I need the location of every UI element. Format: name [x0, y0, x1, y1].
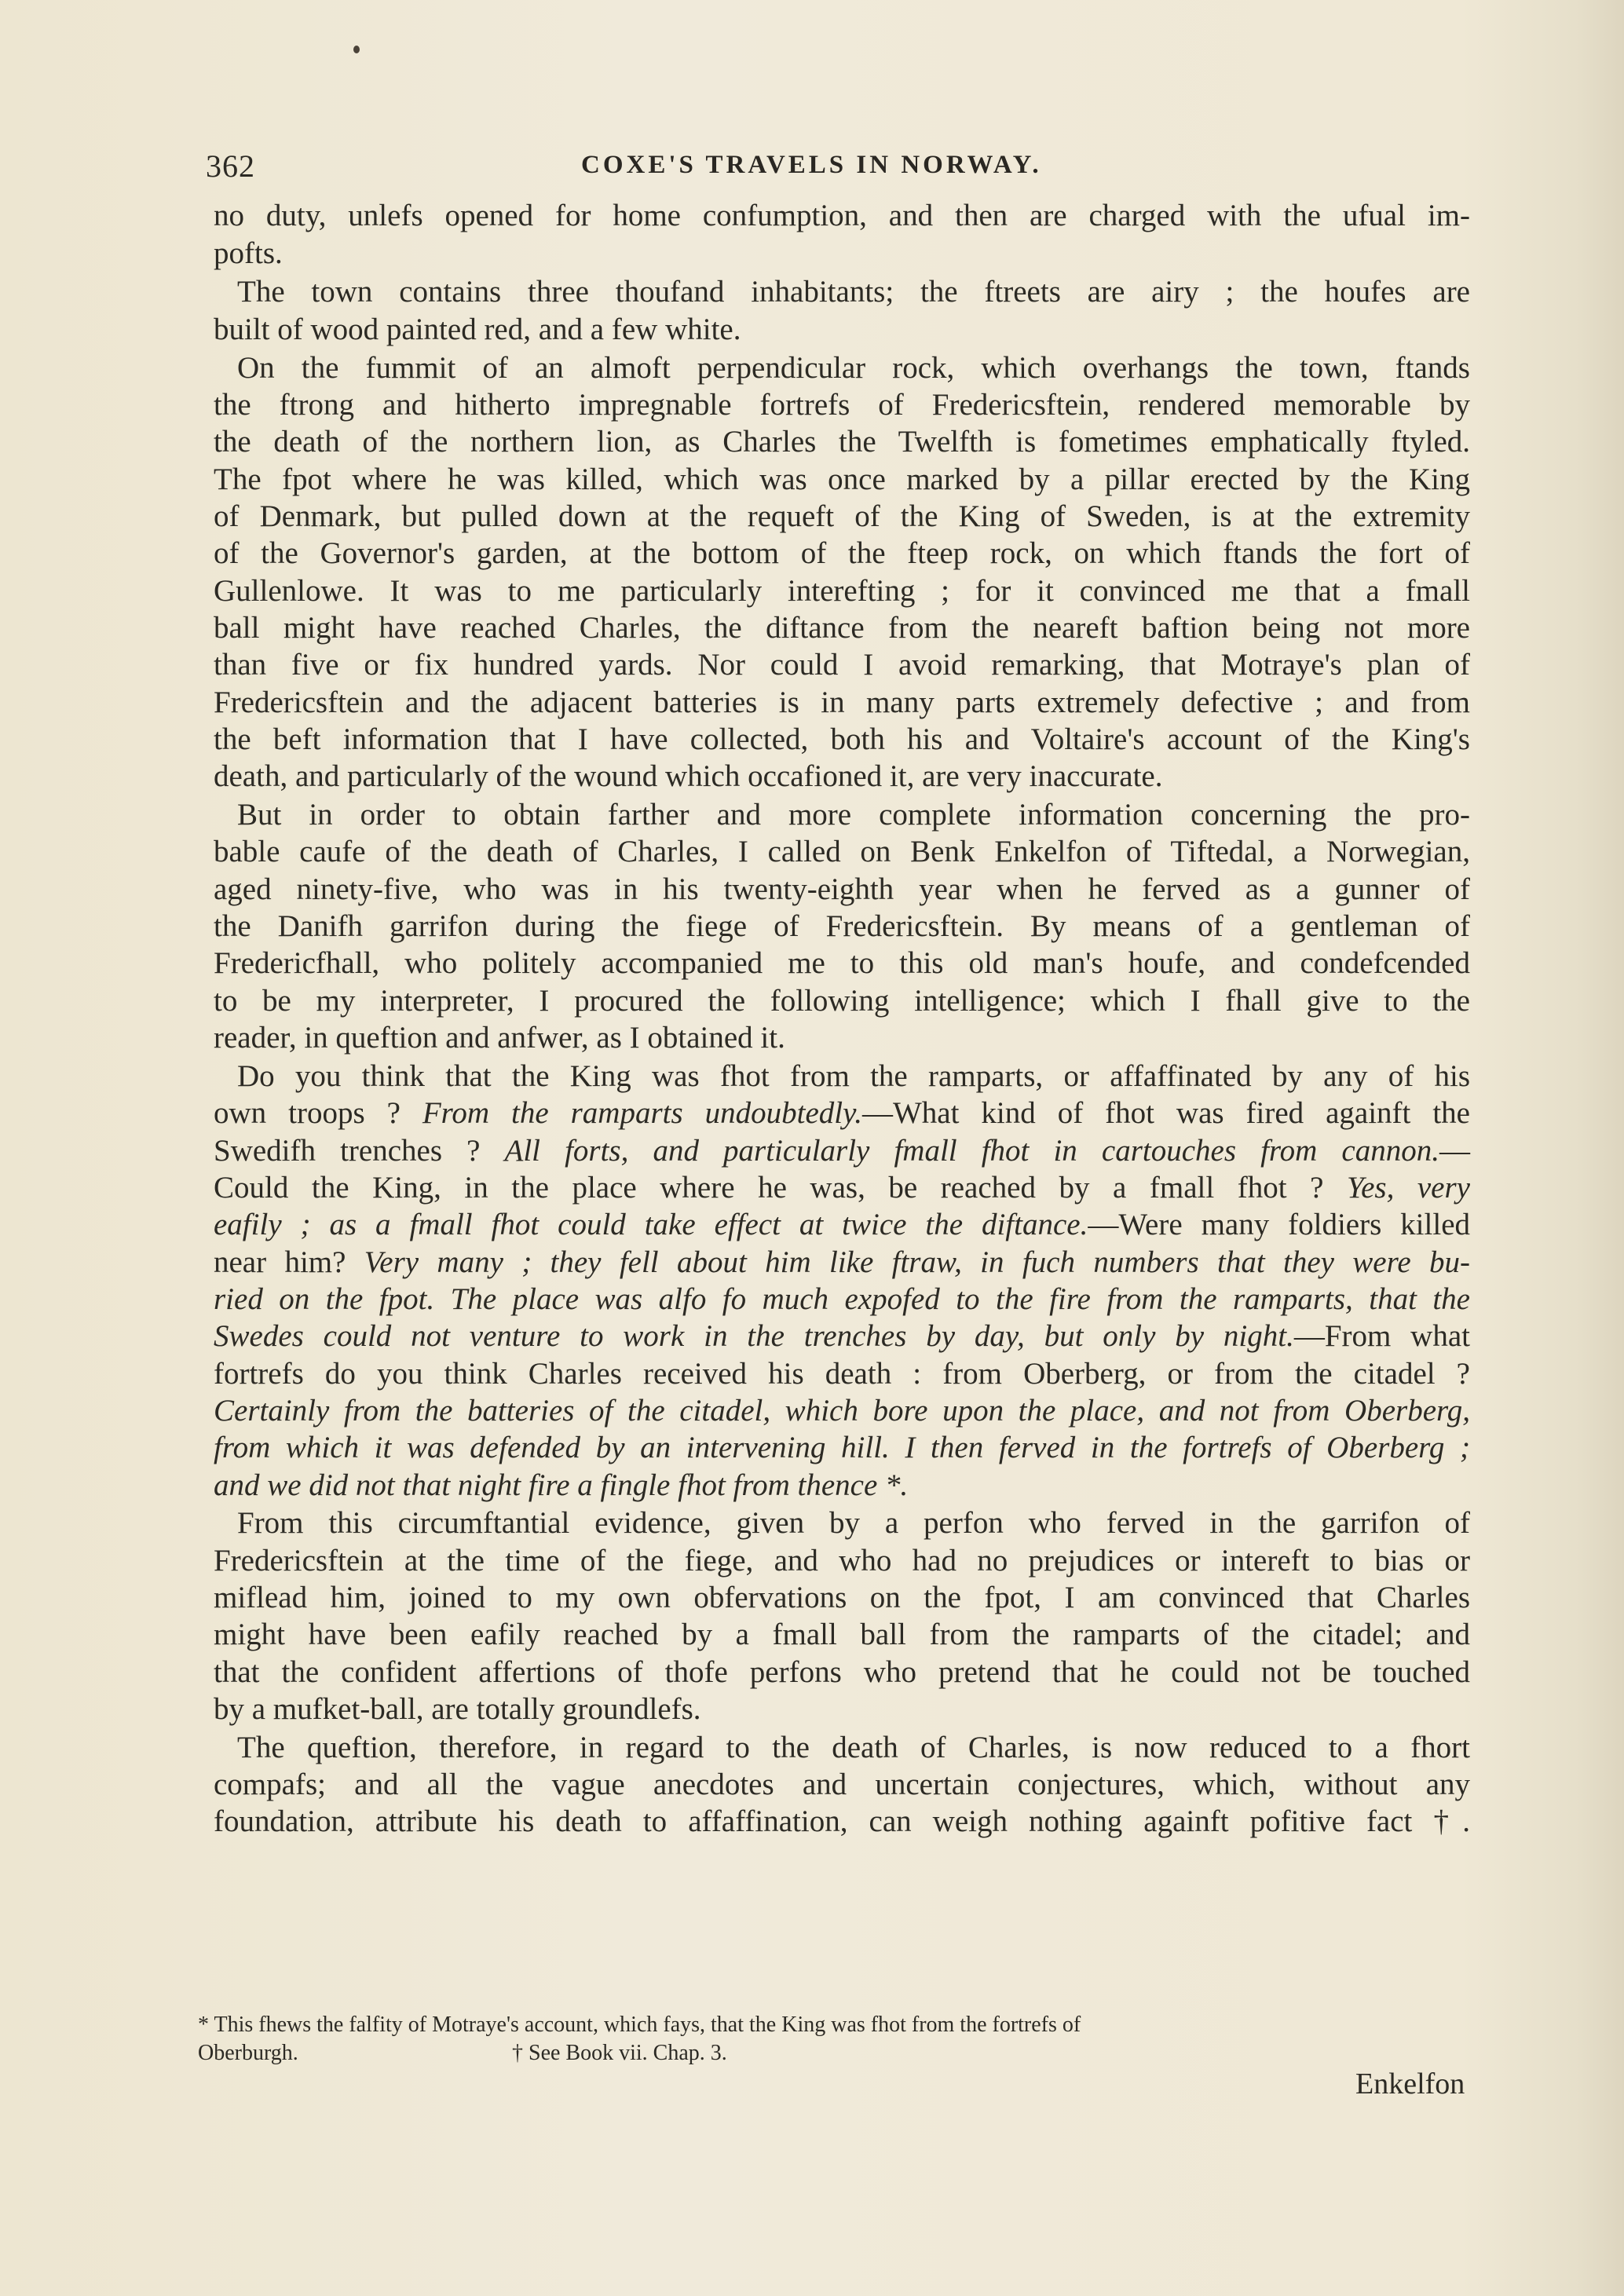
text-line: the death of the northern lion, as Charl… — [214, 424, 1470, 460]
text-line: the ftrong and hitherto impregnable fort… — [214, 387, 1470, 423]
question-text: near him? — [214, 1245, 364, 1279]
text-line: eafily ; as a fmall fhot could take effe… — [214, 1207, 1470, 1243]
text-line: from which it was defended by an interve… — [214, 1430, 1470, 1466]
text-line: and we did not that night fire a fingle … — [214, 1468, 1470, 1504]
question-text: Swedifh trenches ? — [214, 1134, 505, 1168]
page-number: 362 — [206, 148, 255, 185]
text-line: might have been eafily reached by a fmal… — [214, 1617, 1470, 1653]
text-line: built of wood painted red, and a few whi… — [214, 312, 1470, 348]
text-line: near him? Very many ; they fell about hi… — [214, 1245, 1470, 1281]
italic-answer: Yes, very — [1347, 1171, 1470, 1205]
text-line: the beft information that I have collect… — [214, 722, 1470, 758]
text-line: Fredericsftein at the time of the fiege,… — [214, 1543, 1470, 1579]
text-line: The town contains three thoufand inhabit… — [237, 274, 1470, 310]
text-line: miflead him, joined to my own obfervatio… — [214, 1580, 1470, 1616]
text-line: the Danifh garrifon during the fiege of … — [214, 909, 1470, 945]
text-line: Could the King, in the place where he wa… — [214, 1170, 1470, 1206]
text-line: Fredericfhall, who politely accompanied … — [214, 945, 1470, 982]
text-line: of Denmark, but pulled down at the reque… — [214, 499, 1470, 535]
ink-speck — [353, 46, 360, 53]
text-line: bable caufe of the death of Charles, I c… — [214, 834, 1470, 870]
text-line: ried on the fpot. The place was alfo fo … — [214, 1281, 1470, 1318]
text-line: reader, in queftion and anfwer, as I obt… — [214, 1020, 1470, 1056]
book-page: 362 COXE'S TRAVELS IN NORWAY. no duty, u… — [0, 0, 1624, 2296]
footnote-dagger: † See Book vii. Chap. 3. — [512, 2040, 1624, 2067]
text-line: by a mufket-ball, are totally groundlefs… — [214, 1691, 1470, 1727]
text-line: Swedes could not venture to work in the … — [214, 1318, 1470, 1355]
text-line: no duty, unlefs opened for home confumpt… — [214, 198, 1470, 234]
question-text: —Were many foldiers killed — [1088, 1208, 1470, 1241]
text-line: foundation, attribute his death to affaf… — [214, 1804, 1470, 1840]
italic-answer: From the ramparts undoubtedly. — [422, 1096, 862, 1130]
question-text: —What kind of fhot was fired againft the — [862, 1096, 1470, 1130]
text-line: On the fummit of an almoft perpendicular… — [237, 350, 1470, 386]
question-text: — — [1439, 1134, 1470, 1168]
text-line: pofts. — [214, 236, 1470, 272]
text-line: Do you think that the King was fhot from… — [237, 1058, 1470, 1095]
italic-answer: Certainly from the batteries of the cita… — [214, 1394, 1470, 1428]
text-line: ball might have reached Charles, the dif… — [214, 610, 1470, 646]
catchword: Enkelfon — [1355, 2067, 1465, 2101]
text-line: Certainly from the batteries of the cita… — [214, 1393, 1470, 1429]
text-line: From this circumftantial evidence, given… — [237, 1505, 1470, 1541]
text-line: than five or fix hundred yards. Nor coul… — [214, 647, 1470, 683]
text-line: that the confident affertions of thofe p… — [214, 1654, 1470, 1691]
italic-answer: ried on the fpot. The place was alfo fo … — [214, 1282, 1470, 1316]
italic-answer: Swedes could not venture to work in the … — [214, 1319, 1294, 1353]
text-line: Fredericsftein and the adjacent batterie… — [214, 685, 1470, 721]
text-line: Swedifh trenches ? All forts, and partic… — [214, 1133, 1470, 1169]
question-text: —From what — [1294, 1319, 1470, 1353]
text-line: But in order to obtain farther and more … — [237, 797, 1470, 833]
text-line: fortrefs do you think Charles received h… — [214, 1356, 1470, 1392]
running-head: COXE'S TRAVELS IN NORWAY. — [581, 151, 1042, 180]
italic-answer: from which it was defended by an interve… — [214, 1431, 1470, 1464]
italic-answer: and we did not that night fire a fingle … — [214, 1468, 908, 1502]
text-line: own troops ? From the ramparts undoubted… — [214, 1095, 1470, 1132]
text-line: of the Governor's garden, at the bottom … — [214, 536, 1470, 572]
question-text: own troops ? — [214, 1096, 422, 1130]
italic-answer: Very many ; they fell about him like ftr… — [364, 1245, 1470, 1279]
italic-answer: All forts, and particularly fmall fhot i… — [505, 1134, 1439, 1168]
text-line: aged ninety-five, who was in his twenty-… — [214, 872, 1470, 908]
text-line: death, and particularly of the wound whi… — [214, 759, 1470, 795]
footnote-star: * This fhews the falfity of Motraye's ac… — [198, 2012, 1470, 2038]
text-line: compafs; and all the vague anecdotes and… — [214, 1767, 1470, 1803]
question-text: fortrefs do you think Charles received h… — [214, 1357, 1470, 1391]
text-line: The queftion, therefore, in regard to th… — [237, 1730, 1470, 1766]
question-text: Could the King, in the place where he wa… — [214, 1171, 1347, 1205]
text-line: to be my interpreter, I procured the fol… — [214, 983, 1470, 1019]
italic-answer: eafily ; as a fmall fhot could take effe… — [214, 1208, 1088, 1241]
text-line: Gullenlowe. It was to me particularly in… — [214, 573, 1470, 609]
text-line: The fpot where he was killed, which was … — [214, 462, 1470, 498]
